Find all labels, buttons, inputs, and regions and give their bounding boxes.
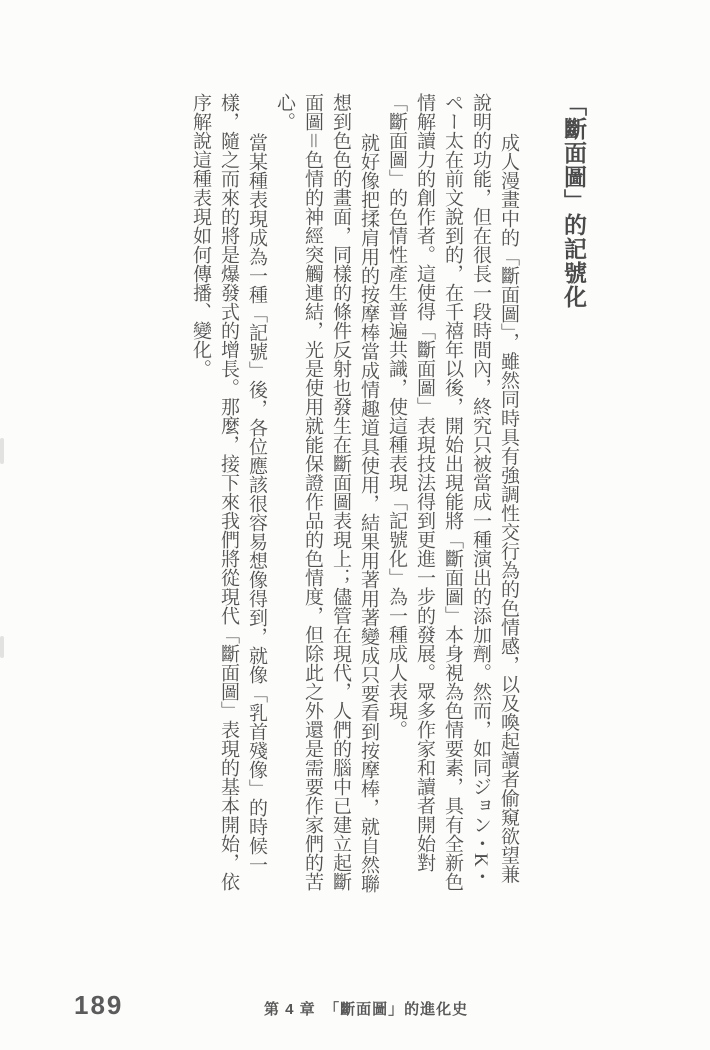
article: 「斷面圖」的記號化 成人漫畫中的「斷面圖」，雖然同時具有強調性交行為的色情感，以… — [186, 93, 589, 893]
page-number: 189 — [74, 990, 123, 1021]
paragraph-2: 就好像把揉肩用的按摩棒當成情趣道具使用，結果用著用著變成只要看到按摩棒，就自然聯… — [270, 93, 382, 893]
section-title: 「斷面圖」的記號化 — [559, 93, 589, 893]
scan-artifact — [0, 636, 4, 658]
scan-artifact — [0, 438, 4, 464]
page-footer: 189 第 4 章 「斷面圖」的進化史 — [0, 985, 710, 1025]
paragraph-3: 當某種表現成為一種「記號」後，各位應該很容易想像得到，就像「乳首殘像」的時候一樣… — [186, 93, 270, 893]
paragraph-1: 成人漫畫中的「斷面圖」，雖然同時具有強調性交行為的色情感，以及喚起讀者偷窺欲望兼… — [382, 93, 522, 893]
book-page: 「斷面圖」的記號化 成人漫畫中的「斷面圖」，雖然同時具有強調性交行為的色情感，以… — [0, 0, 710, 1050]
footer-chapter-title: 第 4 章 「斷面圖」的進化史 — [264, 998, 468, 1019]
